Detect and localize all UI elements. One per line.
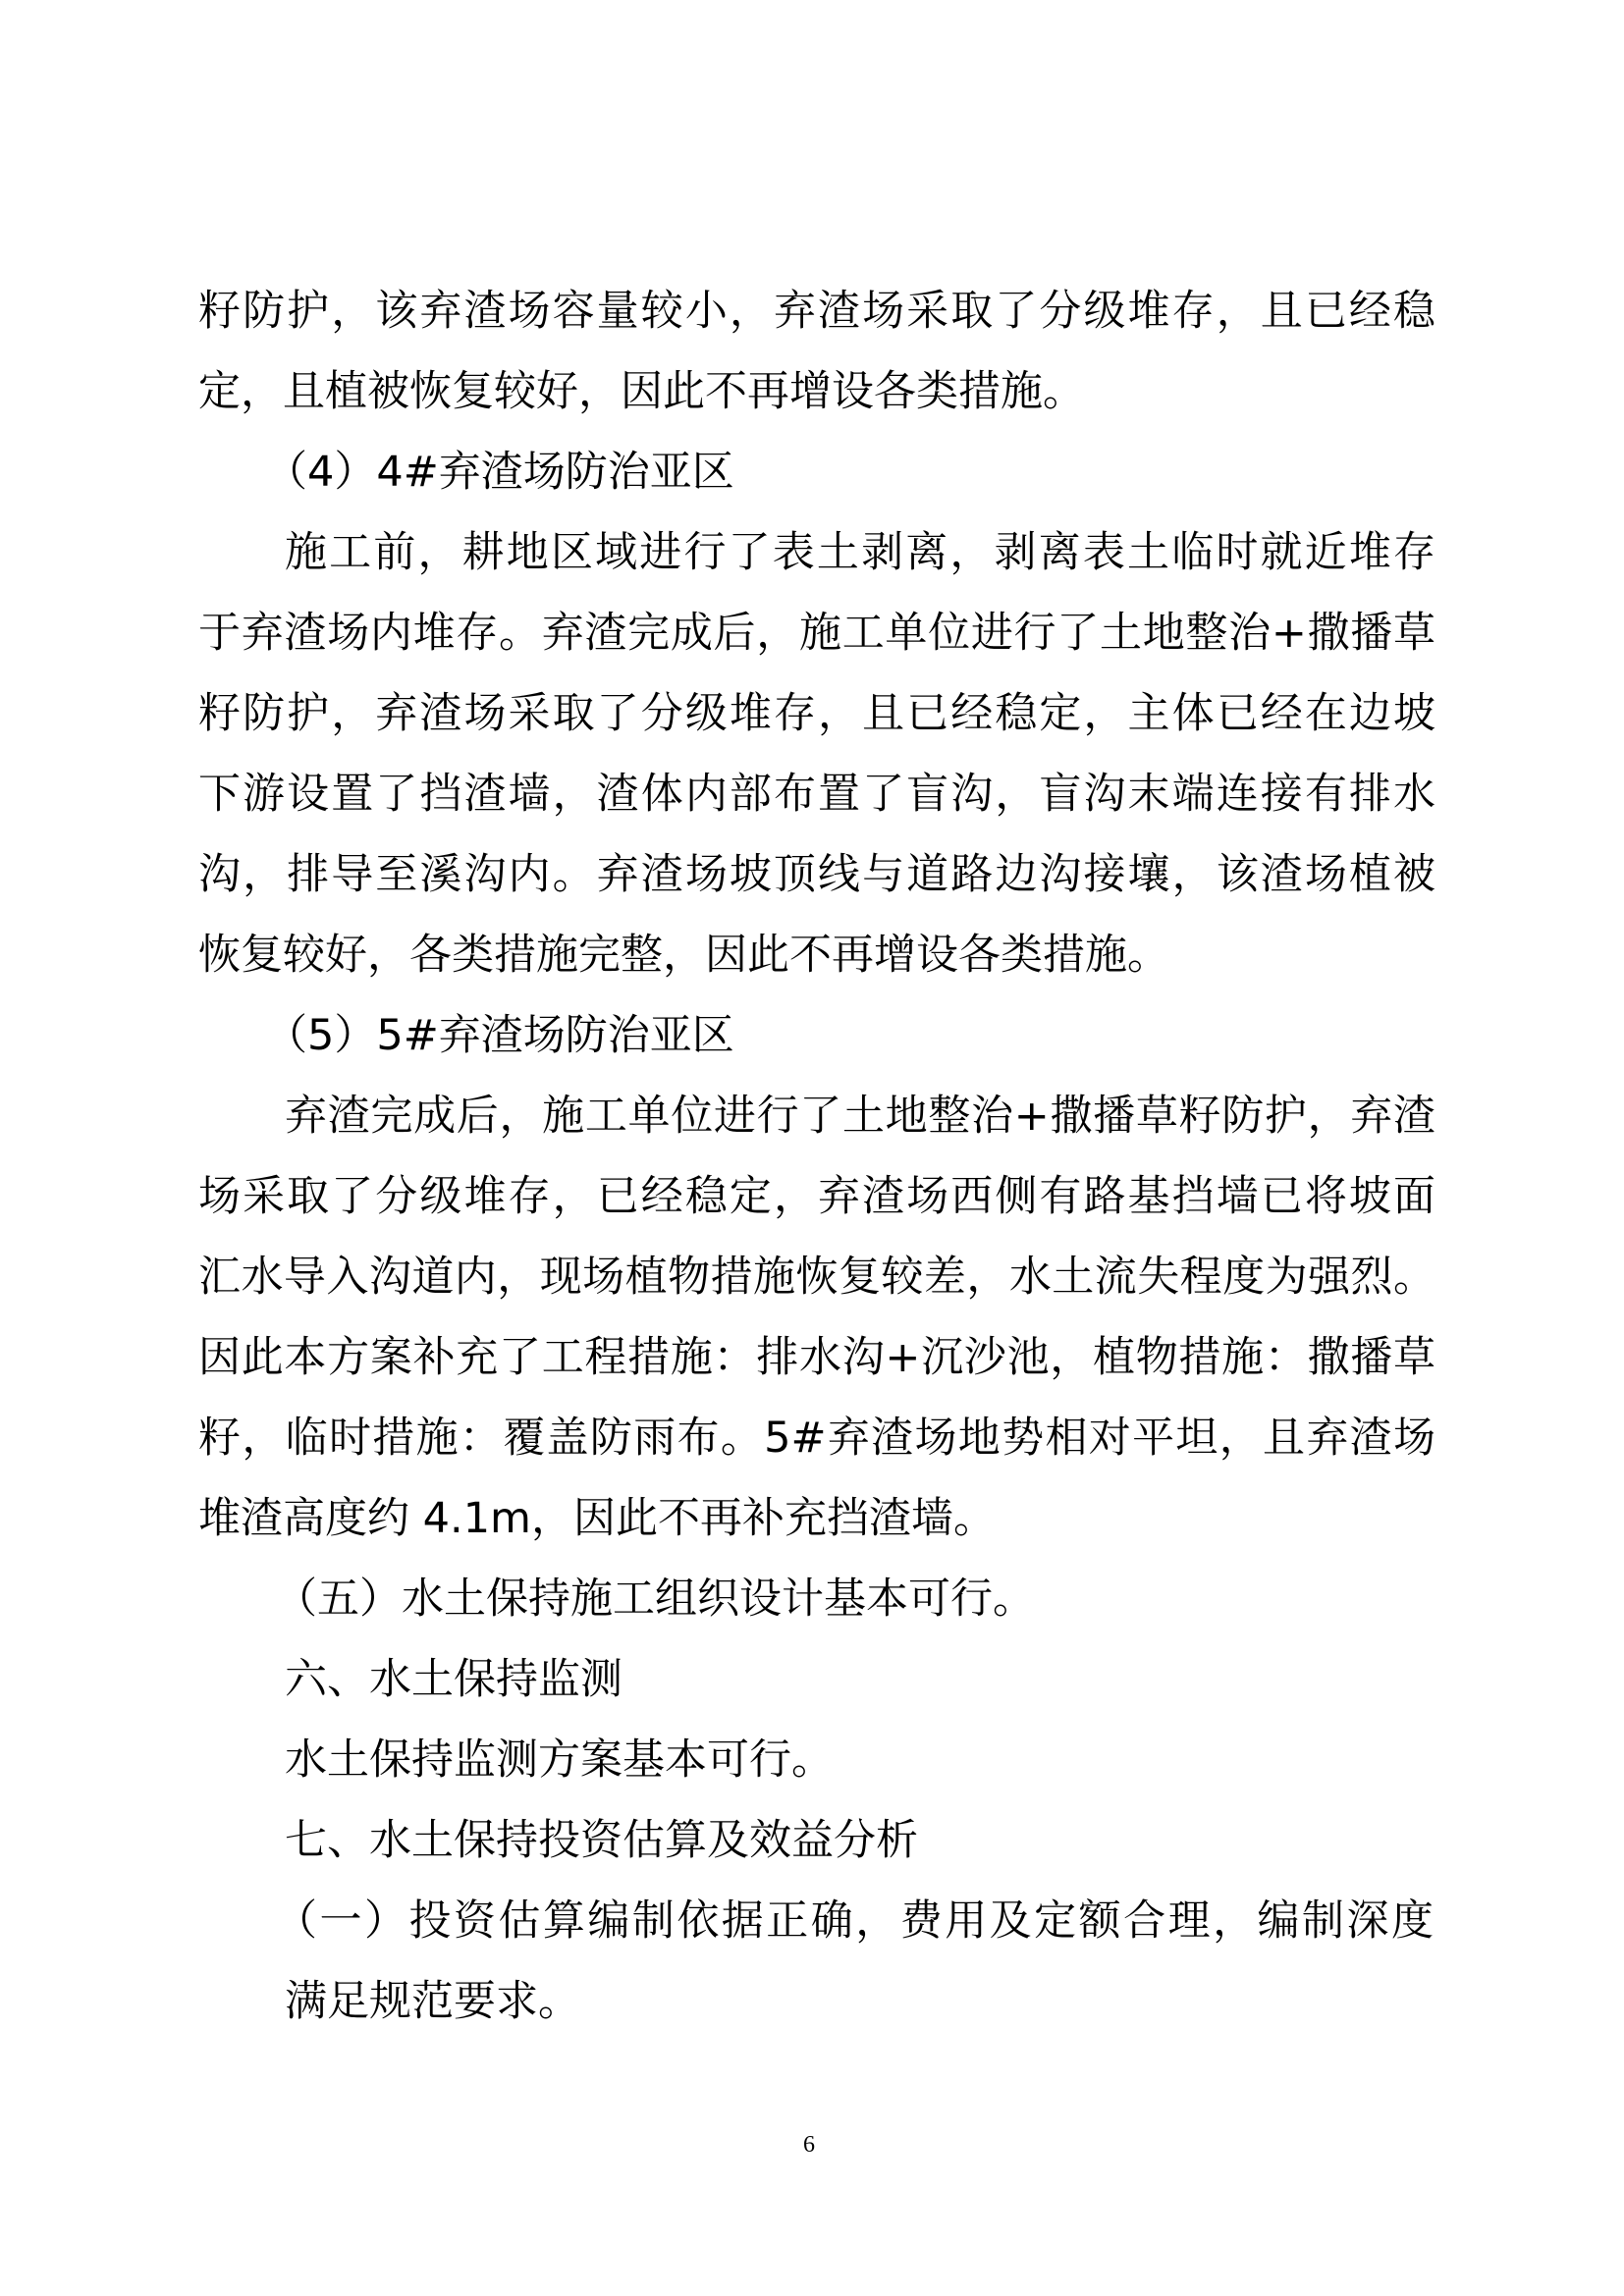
section-heading-4: （4）4#弃渣场防治亚区 <box>265 443 734 502</box>
section-heading-five: （五）水土保持施工组织设计基本可行。 <box>275 1570 1035 1629</box>
paragraph-line: 籽防护，该弃渣场容量较小，弃渣场采取了分级堆存，且已经稳 <box>198 282 1435 341</box>
paragraph-line: 沟，排导至溪沟内。弃渣场坡顶线与道路边沟接壤，该渣场植被 <box>198 845 1435 904</box>
paragraph-line: 满足规范要求。 <box>285 1972 580 2031</box>
page-number: 6 <box>803 2132 815 2159</box>
paragraph-line: 下游设置了挡渣墙，渣体内部布置了盲沟，盲沟末端连接有排水 <box>198 765 1435 824</box>
section-heading-5: （5）5#弃渣场防治亚区 <box>265 1006 734 1065</box>
paragraph-line: 施工前，耕地区域进行了表土剥离，剥离表土临时就近堆存 <box>285 523 1435 582</box>
paragraph-line: 弃渣完成后，施工单位进行了土地整治+撒播草籽防护，弃渣 <box>285 1087 1435 1146</box>
paragraph-line: 场采取了分级堆存，已经稳定，弃渣场西侧有路基挡墙已将坡面 <box>198 1167 1435 1226</box>
paragraph-line: 因此本方案补充了工程措施：排水沟+沉沙池，植物措施：撒播草 <box>198 1328 1435 1387</box>
section-heading-six: 六、水土保持监测 <box>285 1650 623 1709</box>
paragraph-line: 汇水导入沟道内，现场植物措施恢复较差，水土流失程度为强烈。 <box>198 1248 1435 1307</box>
paragraph-line: 定，且植被恢复较好，因此不再增设各类措施。 <box>198 362 1435 421</box>
section-heading-seven: 七、水土保持投资估算及效益分析 <box>285 1811 918 1870</box>
paragraph-line: 籽防护，弃渣场采取了分级堆存，且已经稳定，主体已经在边坡 <box>198 684 1435 743</box>
paragraph-line: 籽，临时措施：覆盖防雨布。5#弃渣场地势相对平坦，且弃渣场 <box>198 1409 1435 1468</box>
paragraph-line: 水土保持监测方案基本可行。 <box>285 1731 834 1789</box>
paragraph-line: （一）投资估算编制依据正确，费用及定额合理，编制深度 <box>275 1892 1434 1950</box>
paragraph-line: 恢复较好，各类措施完整，因此不再增设各类措施。 <box>198 926 1435 985</box>
document-page: 籽防护，该弃渣场容量较小，弃渣场采取了分级堆存，且已经稳 定，且植被恢复较好，因… <box>0 0 1624 2296</box>
paragraph-line: 于弃渣场内堆存。弃渣完成后，施工单位进行了土地整治+撒播草 <box>198 604 1435 663</box>
paragraph-line: 堆渣高度约 4.1m，因此不再补充挡渣墙。 <box>198 1489 1435 1548</box>
